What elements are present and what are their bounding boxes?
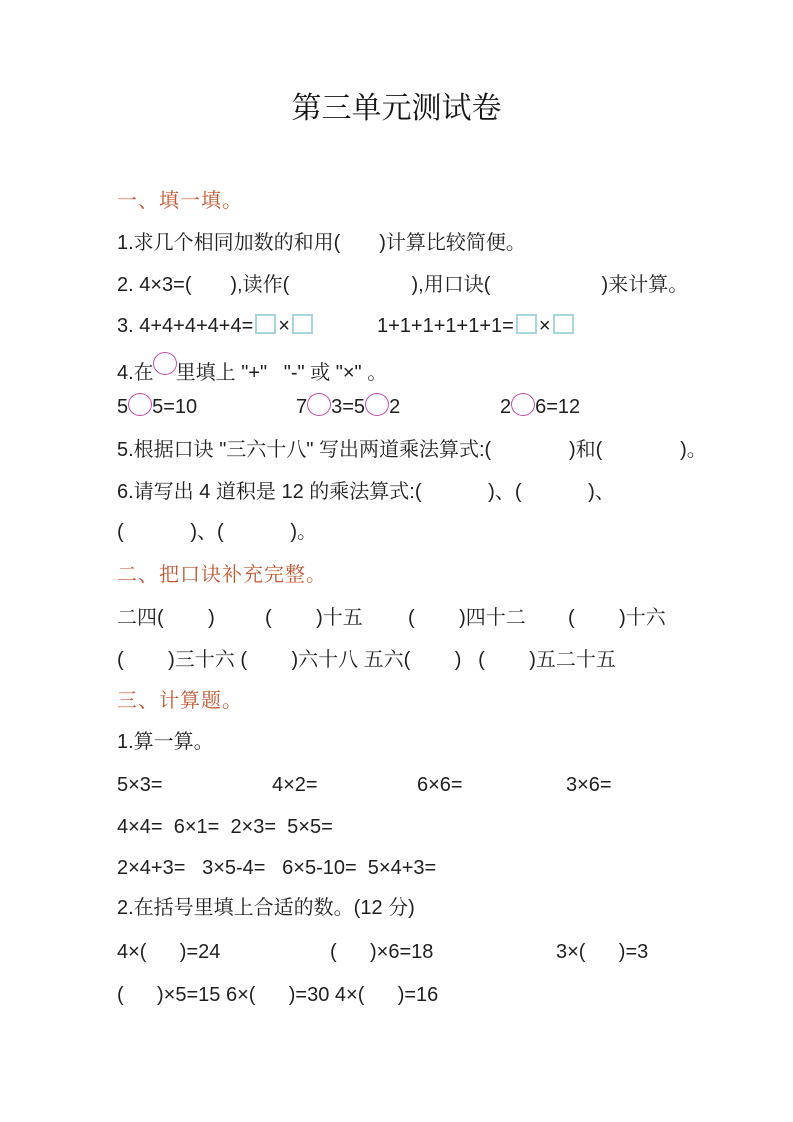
calc-item: 6×6= <box>417 770 463 800</box>
question-3-left-text: 3. 4+4+4+4+4= <box>117 315 253 337</box>
answer-circle <box>128 393 152 416</box>
question-4-post: 里填上 "+" "-" 或 "×" 。 <box>176 362 388 384</box>
section2-row1: 二四( ) ( )十五 ( )四十二 ( )十六 <box>117 603 793 633</box>
question-3-group-2: 1+1+1+1+1+1=× <box>377 311 576 341</box>
section2-heading: 二、把口诀补充完整。 <box>117 560 793 590</box>
section3-q2-label: 2.在括号里填上合适的数。(12 分) <box>117 893 793 923</box>
calc-row-3: 2×4+3= 3×5-4= 6×5-10= 5×4+3= <box>117 853 793 883</box>
answer-box <box>292 314 313 334</box>
fill-row-2: ( )×5=15 6×( )=30 4×( )=16 <box>117 980 793 1010</box>
question-6-continued: ( )、( )。 <box>117 517 793 547</box>
question-2: 2. 4×3=( ),读作( ),用口诀( )来计算。 <box>117 270 793 300</box>
eq-text: 7 <box>296 396 307 418</box>
answer-box <box>553 314 574 334</box>
fill-item: ( )×6=18 <box>330 937 433 967</box>
mnemonic-blank: ( )十六 <box>568 603 666 633</box>
mnemonic-blank: ( )十五 <box>265 603 363 633</box>
eq-text: 3=5 <box>331 396 365 418</box>
answer-box <box>516 314 537 334</box>
fill-row-1: 4×( )=24 ( )×6=18 3×( )=3 <box>117 937 793 967</box>
calc-row-2: 4×4= 6×1= 2×3= 5×5= <box>117 812 793 842</box>
section3-q1-label: 1.算一算。 <box>117 727 793 757</box>
mnemonic-blank: ( )四十二 <box>408 603 526 633</box>
multiply-sign: × <box>278 315 290 337</box>
page-title: 第三单元测试卷 <box>0 90 793 128</box>
eq-text: 6=12 <box>535 396 580 418</box>
eq-text: 5=10 <box>152 396 197 418</box>
question-1: 1.求几个相同加数的和用( )计算比较简便。 <box>117 228 793 258</box>
answer-circle <box>365 393 389 416</box>
eq-text: 2 <box>389 396 400 418</box>
equation-1: 55=10 <box>117 392 197 422</box>
question-3: 3. 4+4+4+4+4=× 1+1+1+1+1+1=× <box>117 311 793 341</box>
question-5: 5.根据口诀 "三六十八" 写出两道乘法算式:( )和( )。 <box>117 435 793 465</box>
mnemonic-blank: 二四( ) <box>117 603 215 633</box>
question-6: 6.请写出 4 道积是 12 的乘法算式:( )、( )、 <box>117 477 793 507</box>
calc-item: 5×3= <box>117 770 163 800</box>
equation-2: 73=52 <box>296 392 400 422</box>
section3-heading: 三、计算题。 <box>117 686 793 716</box>
fill-item: 3×( )=3 <box>556 937 648 967</box>
calc-row-1: 5×3= 4×2= 6×6= 3×6= <box>117 770 793 800</box>
calc-item: 3×6= <box>566 770 612 800</box>
answer-circle <box>511 393 535 416</box>
answer-box <box>255 314 276 334</box>
question-4: 4.在里填上 "+" "-" 或 "×" 。 <box>117 352 793 382</box>
fill-item: 4×( )=24 <box>117 937 220 967</box>
section1-heading: 一、填一填。 <box>117 186 793 216</box>
multiply-sign: × <box>539 315 551 337</box>
answer-circle <box>153 352 177 375</box>
eq-text: 2 <box>500 396 511 418</box>
question-3-group-1: 3. 4+4+4+4+4=× <box>117 311 315 341</box>
section2-row2: ( )三十六 ( )六十八 五六( ) ( )五二十五 <box>117 645 793 675</box>
test-paper-page: 第三单元测试卷 一、填一填。 1.求几个相同加数的和用( )计算比较简便。 2.… <box>0 0 793 1122</box>
question-4-pre: 4.在 <box>117 362 154 384</box>
question-4-equations: 55=10 73=52 26=12 <box>117 392 793 422</box>
answer-circle <box>307 393 331 416</box>
calc-item: 4×2= <box>272 770 318 800</box>
eq-text: 5 <box>117 396 128 418</box>
question-3-right-text: 1+1+1+1+1+1= <box>377 315 514 337</box>
equation-3: 26=12 <box>500 392 580 422</box>
